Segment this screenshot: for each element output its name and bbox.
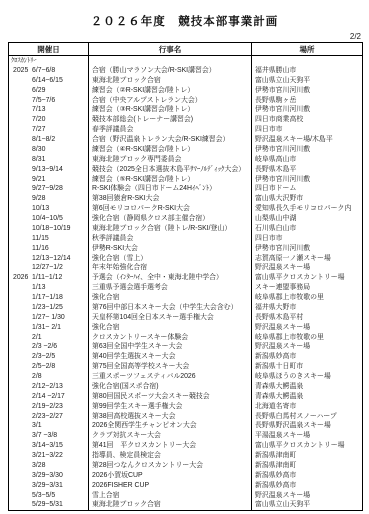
date-cell: 1/27~ 1/30 [9, 313, 89, 323]
event-cell: 天皇杯第104回全日本スキー選手権大会 [89, 313, 252, 323]
date-label: 11/15 [32, 235, 49, 242]
event-cell: 第6回モリコロパークR-SKI大会 [89, 204, 252, 214]
date-cell: 9/21 [9, 175, 89, 185]
table-row: 2/8三重スポーツフェスティバル2026岐阜県ほうのきスキー場 [9, 372, 363, 382]
date-cell: 2/19~2/23 [9, 402, 89, 412]
location-cell: 伊勢市宮川河川敷 [252, 145, 363, 155]
location-cell: 新潟県十日町市 [252, 362, 363, 372]
date-cell: 1/31~ 2/1 [9, 323, 89, 333]
location-cell: 四日市ドーム [252, 184, 363, 194]
event-cell: 第76回中部日本スキー大会（中学生大会含む） [89, 303, 252, 313]
event-cell: 競技本部総会(トレーナー講習会) [89, 115, 252, 125]
event-cell: 年末年始強化合宿 [89, 263, 252, 273]
table-row: 3/21~3/22指導員、検定員検定会新潟県津南町 [9, 451, 363, 461]
header-date: 開催日 [9, 43, 89, 56]
date-label: 3/29~3/31 [32, 482, 63, 489]
location-cell: 富山県立山天狗平 [252, 76, 363, 86]
event-cell: 強化合宿（雪上） [89, 254, 252, 264]
table-row: 2/23~2/27第38回高校選抜スキー大会長野県白馬村スノーハープ [9, 412, 363, 422]
date-cell: 7/13 [9, 105, 89, 115]
date-cell: 2/14 ~2/17 [9, 392, 89, 402]
event-cell: 練習会（⑤R-SKI講習会/陸トレ） [89, 175, 252, 185]
location-cell: 長野県野沢温泉スキー場 [252, 421, 363, 431]
location-cell: 伊勢市宮川河川敷 [252, 86, 363, 96]
location-cell: 新潟県妙高市 [252, 352, 363, 362]
year-label: 2025 [13, 66, 32, 76]
year-label: 2026 [13, 273, 32, 283]
location-cell: 青森県大鰐温泉 [252, 382, 363, 392]
date-cell: 3/29~3/31 [9, 481, 89, 491]
date-cell: 10/13 [9, 204, 89, 214]
document-page: ２０２６年度 競技本部事業計画 2/2 開催日 行事名 場所 ｸﾛｽｶﾝﾄﾘｰ2… [0, 0, 369, 511]
group-empty-cell [89, 56, 252, 66]
location-cell: 岐阜県郡上市牧歌の里 [252, 333, 363, 343]
event-cell: 競技会（2025全日本選抜木島平ｻﾏｰﾉﾙﾃﾞｨｯｸ大会） [89, 165, 252, 175]
date-label: 7/20 [32, 116, 45, 123]
event-cell: 秋季評議員会 [89, 234, 252, 244]
location-cell: 四日市商業高校 [252, 115, 363, 125]
date-cell: 2/12~2/13 [9, 382, 89, 392]
event-cell: 三重県予選会選手選考会 [89, 283, 252, 293]
event-cell: 強化合宿（静岡県クロス部主催合宿） [89, 214, 252, 224]
date-label: 5/29~5/31 [32, 501, 63, 508]
date-label: 7/5~7/6 [32, 97, 55, 104]
date-label: 10/18~10/19 [32, 225, 71, 232]
group-label-row: ｸﾛｽｶﾝﾄﾘｰ [9, 56, 363, 66]
location-cell: 新潟県妙高市 [252, 481, 363, 491]
date-cell: 10/4~10/5 [9, 214, 89, 224]
date-label: 2/12~2/13 [32, 383, 63, 390]
location-cell: 石川県白山市 [252, 224, 363, 234]
location-cell: 山梨県山中湖 [252, 214, 363, 224]
location-cell: スキー連盟事務局 [252, 283, 363, 293]
date-label: 10/13 [32, 205, 49, 212]
table-row: 3/14~3/15第41回 平クロスカントリー大会富山県平クロスカントリー場 [9, 441, 363, 451]
event-cell: 強化合宿 [89, 323, 252, 333]
event-cell: 三重スポーツフェスティバル2026 [89, 372, 252, 382]
location-cell: 野沢温泉スキー場 [252, 323, 363, 333]
table-row: 8/1~8/2合宿（野沢温泉トレラン大会/R-SKI練習会）野沢温泉スキー場/木… [9, 135, 363, 145]
date-cell: 7/27 [9, 125, 89, 135]
date-cell: 1/17~1/18 [9, 293, 89, 303]
event-cell: 強化合宿(国スポ合宿) [89, 382, 252, 392]
table-row: 1/17~1/18強化合宿岐阜県郡上市牧歌の里 [9, 293, 363, 303]
date-cell: 2/23~2/27 [9, 412, 89, 422]
header-row: 開催日 行事名 場所 [9, 43, 363, 56]
date-cell: 2/5~2/8 [9, 362, 89, 372]
event-cell: 伊勢R-SKI大会 [89, 244, 252, 254]
date-label: 10/4~10/5 [32, 215, 63, 222]
date-cell: 11/16 [9, 244, 89, 254]
table-row: 2/3 ~2/6第63回全国中学生スキー大会野沢温泉スキー場 [9, 342, 363, 352]
table-row: 1/23~1/25第76回中部日本スキー大会（中学生大会含む）福井県大野市 [9, 303, 363, 313]
table-row: 7/13練習会（③R-SKI講習会/陸トレ）伊勢市宮川河川敷 [9, 105, 363, 115]
date-label: 9/28 [32, 195, 45, 202]
date-label: 12/27~1/2 [32, 264, 63, 271]
date-label: 3/1 [32, 422, 42, 429]
date-label: 8/1~8/2 [32, 136, 55, 143]
location-cell: 新潟県妙高市 [252, 471, 363, 481]
date-cell: 9/13~9/14 [9, 165, 89, 175]
event-cell: 練習会（④R-SKI講習会/陸トレ） [89, 145, 252, 155]
table-row: 9/13~9/14競技会（2025全日本選抜木島平ｻﾏｰﾉﾙﾃﾞｨｯｸ大会）長野… [9, 165, 363, 175]
date-label: 5/3~5/5 [32, 492, 55, 499]
location-cell: 北海道名寄市 [252, 402, 363, 412]
date-label: 2/3~2/5 [32, 353, 55, 360]
table-row: 10/4~10/5強化合宿（静岡県クロス部主催合宿）山梨県山中湖 [9, 214, 363, 224]
date-label: 1/13 [32, 284, 45, 291]
page-number: 2/2 [0, 32, 369, 41]
date-cell: 5/3~5/5 [9, 491, 89, 501]
location-cell: 野沢温泉スキー場/木島平 [252, 135, 363, 145]
table-row: 2/5~2/8第75回全国高等学校スキー大会新潟県十日町市 [9, 362, 363, 372]
date-label: 2/5~2/8 [32, 363, 55, 370]
location-cell: 岐阜県郡上市牧歌の里 [252, 293, 363, 303]
location-cell: 伊勢市宮川河川敷 [252, 105, 363, 115]
table-row: 9/28第38回猿倉R-SKI大会富山県大沢野市 [9, 194, 363, 204]
date-label: 6/29 [32, 87, 45, 94]
table-row: 20261/11~1/12予選会（ｲﾝﾀｰﾊｲ、全中・東海北陸中学合）富山県平ク… [9, 273, 363, 283]
date-label: 7/13 [32, 106, 45, 113]
location-cell: 富山県平クロスカントリー場 [252, 273, 363, 283]
table-row: 1/31~ 2/1強化合宿野沢温泉スキー場 [9, 323, 363, 333]
table-row: 8/31東海北陸ブロック専門委員会岐阜県高山市 [9, 155, 363, 165]
location-cell: 平湯温泉スキー場 [252, 431, 363, 441]
table-row: 7/27春季評議員会四日市市 [9, 125, 363, 135]
date-cell: 20261/11~1/12 [9, 273, 89, 283]
location-cell: 福井県大野市 [252, 303, 363, 313]
location-cell: 伊勢市宮川河川敷 [252, 175, 363, 185]
date-cell: 20256/7~6/8 [9, 66, 89, 76]
date-label: 1/27~ 1/30 [32, 314, 65, 321]
date-label: 2/19~2/23 [32, 403, 63, 410]
schedule-table: 開催日 行事名 場所 ｸﾛｽｶﾝﾄﾘｰ20256/7~6/8合宿（勝山マラソン大… [8, 42, 363, 511]
date-label: 3/28 [32, 462, 45, 469]
table-row: 5/3~5/5雪上合宿野沢温泉スキー場 [9, 491, 363, 501]
date-label: 9/27~9/28 [32, 185, 63, 192]
table-row: 20256/7~6/8合宿（勝山マラソン大会/R-SKI講習会）福井県勝山市 [9, 66, 363, 76]
date-label: 3/7 ~3/8 [32, 432, 57, 439]
event-cell: 練習会（③R-SKI講習会/陸トレ） [89, 105, 252, 115]
event-cell: 東海北陸ブロック合宿 [89, 76, 252, 86]
table-row: 2/14 ~2/17第80回国民スポーツ大会スキー競技会青森県大鰐温泉 [9, 392, 363, 402]
table-row: 7/20競技本部総会(トレーナー講習会)四日市商業高校 [9, 115, 363, 125]
location-cell: 青森県大鰐温泉 [252, 392, 363, 402]
page-title: ２０２６年度 競技本部事業計画 [0, 0, 369, 29]
table-row: 3/7 ~3/8クラブ対抗スキー大会平湯温泉スキー場 [9, 431, 363, 441]
date-cell: 10/18~10/19 [9, 224, 89, 234]
date-cell: 5/29~5/31 [9, 500, 89, 510]
table-row: 2/12~2/13強化合宿(国スポ合宿)青森県大鰐温泉 [9, 382, 363, 392]
table-row: 11/16伊勢R-SKI大会伊勢市宮川河川敷 [9, 244, 363, 254]
date-cell: 7/5~7/6 [9, 96, 89, 106]
table-row: 8/30練習会（④R-SKI講習会/陸トレ）伊勢市宮川河川敷 [9, 145, 363, 155]
location-cell: 富山県平クロスカントリー場 [252, 441, 363, 451]
date-label: 1/23~1/25 [32, 304, 63, 311]
location-cell: 岐阜県ほうのきスキー場 [252, 372, 363, 382]
event-cell: 指導員、検定員検定会 [89, 451, 252, 461]
location-cell: 野沢温泉スキー場 [252, 263, 363, 273]
date-cell: 12/27~1/2 [9, 263, 89, 273]
location-cell: 福井県勝山市 [252, 66, 363, 76]
date-label: 1/31~ 2/1 [32, 324, 61, 331]
table-row: 3/29~3/312026FISHER CUP新潟県妙高市 [9, 481, 363, 491]
table-row: 9/27~9/28R-SKI体験会（四日市ドーム24Hｲﾍﾞﾝﾄ）四日市ドーム [9, 184, 363, 194]
date-cell: 3/21~3/22 [9, 451, 89, 461]
event-cell: 第80回国民スポーツ大会スキー競技会 [89, 392, 252, 402]
table-row: 6/29練習会（②R-SKI講習会/陸トレ）伊勢市宮川河川敷 [9, 86, 363, 96]
location-cell: 愛知県長久手モリコロパーク内 [252, 204, 363, 214]
event-cell: 2026FISHER CUP [89, 481, 252, 491]
event-cell: R-SKI体験会（四日市ドーム24Hｲﾍﾞﾝﾄ） [89, 184, 252, 194]
date-label: 1/11~1/12 [32, 274, 62, 281]
location-cell: 野沢温泉スキー場 [252, 491, 363, 501]
event-cell: 2026全関西学生チャンピオン大会 [89, 421, 252, 431]
event-cell: 練習会（②R-SKI講習会/陸トレ） [89, 86, 252, 96]
date-label: 12/13~12/14 [32, 255, 71, 262]
event-cell: 雪上合宿 [89, 491, 252, 501]
date-label: 8/31 [32, 156, 45, 163]
date-label: 9/21 [32, 176, 45, 183]
event-cell: 第40回学生選抜スキー大会 [89, 352, 252, 362]
table-row: 10/13第6回モリコロパークR-SKI大会愛知県長久手モリコロパーク内 [9, 204, 363, 214]
date-cell: 8/31 [9, 155, 89, 165]
date-label: 6/7~6/8 [32, 67, 55, 74]
event-cell: 合宿（中央アルプストレラン大会） [89, 96, 252, 106]
table-row: 2/3~2/5第40回学生選抜スキー大会新潟県妙高市 [9, 352, 363, 362]
date-label: 9/13~9/14 [32, 166, 63, 173]
location-cell: 四日市市 [252, 234, 363, 244]
date-label: 3/21~3/22 [32, 452, 63, 459]
event-cell: 春季評議員会 [89, 125, 252, 135]
group-label-cell: ｸﾛｽｶﾝﾄﾘｰ [9, 56, 89, 66]
date-cell: 9/28 [9, 194, 89, 204]
table-row: 12/27~1/2年末年始強化合宿野沢温泉スキー場 [9, 263, 363, 273]
table-body: ｸﾛｽｶﾝﾄﾘｰ20256/7~6/8合宿（勝山マラソン大会/R-SKI講習会）… [9, 56, 363, 511]
group-label: ｸﾛｽｶﾝﾄﾘｰ [11, 57, 37, 64]
date-cell: 9/27~9/28 [9, 184, 89, 194]
date-cell: 11/15 [9, 234, 89, 244]
table-row: 1/13三重県予選会選手選考会スキー連盟事務局 [9, 283, 363, 293]
date-cell: 6/14~6/15 [9, 76, 89, 86]
date-cell: 6/29 [9, 86, 89, 96]
event-cell: 予選会（ｲﾝﾀｰﾊｲ、全中・東海北陸中学合） [89, 273, 252, 283]
date-cell: 3/1 [9, 421, 89, 431]
table-row: 11/15秋季評議員会四日市市 [9, 234, 363, 244]
event-cell: 第99回学生スキー選手権大会 [89, 402, 252, 412]
location-cell: 志賀高原一ノ瀬スキー場 [252, 254, 363, 264]
table-row: 2/19~2/23第99回学生スキー選手権大会北海道名寄市 [9, 402, 363, 412]
date-label: 2/1 [32, 334, 42, 341]
date-cell: 2/3 ~2/6 [9, 342, 89, 352]
location-cell: 野沢温泉スキー場 [252, 342, 363, 352]
header-location: 場所 [252, 43, 363, 56]
table-row: 12/13~12/14強化合宿（雪上）志賀高原一ノ瀬スキー場 [9, 254, 363, 264]
date-label: 2/8 [32, 373, 42, 380]
date-cell: 1/13 [9, 283, 89, 293]
event-cell: 2026小賀坂CUP [89, 471, 252, 481]
location-cell: 長野県白馬村スノーハープ [252, 412, 363, 422]
table-row: 6/14~6/15東海北陸ブロック合宿富山県立山天狗平 [9, 76, 363, 86]
event-cell: 第28回つなんクロスカントリー大会 [89, 461, 252, 471]
table-row: 3/28第28回つなんクロスカントリー大会新潟県津南町 [9, 461, 363, 471]
date-cell: 1/23~1/25 [9, 303, 89, 313]
table-row: 7/5~7/6合宿（中央アルプストレラン大会）長野県駒ヶ岳 [9, 96, 363, 106]
event-cell: 第41回 平クロスカントリー大会 [89, 441, 252, 451]
table-row: 10/18~10/19東海北陸ブロック合宿（陸トレ/R-SKI/登山）石川県白山… [9, 224, 363, 234]
table-row: 3/12026全関西学生チャンピオン大会長野県野沢温泉スキー場 [9, 421, 363, 431]
location-cell: 伊勢市宮川河川敷 [252, 244, 363, 254]
location-cell: 新潟県津南町 [252, 451, 363, 461]
date-cell: 3/7 ~3/8 [9, 431, 89, 441]
date-cell: 7/20 [9, 115, 89, 125]
date-label: 7/27 [32, 126, 45, 133]
date-label: 2/23~2/27 [32, 413, 63, 420]
date-cell: 2/1 [9, 333, 89, 343]
event-cell: 東海北陸ブロック合宿 [89, 500, 252, 510]
table-row: 9/21練習会（⑤R-SKI講習会/陸トレ）伊勢市宮川河川敷 [9, 175, 363, 185]
event-cell: 東海北陸ブロック専門委員会 [89, 155, 252, 165]
event-cell: 第63回全国中学生スキー大会 [89, 342, 252, 352]
location-cell: 富山県大沢野市 [252, 194, 363, 204]
date-cell: 3/28 [9, 461, 89, 471]
table-row: 5/29~5/31東海北陸ブロック合宿富山県立山天狗平 [9, 500, 363, 510]
event-cell: 第75回全国高等学校スキー大会 [89, 362, 252, 372]
header-event: 行事名 [89, 43, 252, 56]
date-cell: 8/1~8/2 [9, 135, 89, 145]
date-label: 6/14~6/15 [32, 77, 63, 84]
event-cell: クラブ対抗スキー大会 [89, 431, 252, 441]
location-cell: 新潟県津南町 [252, 461, 363, 471]
table-row: 3/29~3/302026小賀坂CUP新潟県妙高市 [9, 471, 363, 481]
event-cell: 合宿（勝山マラソン大会/R-SKI講習会） [89, 66, 252, 76]
event-cell: クロスカントリースキー体験会 [89, 333, 252, 343]
table-row: 2/1クロスカントリースキー体験会岐阜県郡上市牧歌の里 [9, 333, 363, 343]
group-empty-cell [252, 56, 363, 66]
date-label: 3/14~3/15 [32, 442, 63, 449]
date-label: 8/30 [32, 146, 45, 153]
date-cell: 3/29~3/30 [9, 471, 89, 481]
date-label: 3/29~3/30 [32, 472, 63, 479]
table-header: 開催日 行事名 場所 [9, 43, 363, 56]
date-cell: 3/14~3/15 [9, 441, 89, 451]
location-cell: 長野県木島平 [252, 165, 363, 175]
location-cell: 岐阜県高山市 [252, 155, 363, 165]
event-cell: 第38回猿倉R-SKI大会 [89, 194, 252, 204]
event-cell: 第38回高校選抜スキー大会 [89, 412, 252, 422]
event-cell: 合宿（野沢温泉トレラン大会/R-SKI練習会） [89, 135, 252, 145]
date-label: 1/17~1/18 [32, 294, 63, 301]
date-cell: 12/13~12/14 [9, 254, 89, 264]
date-label: 2/3 ~2/6 [32, 343, 57, 350]
event-cell: 強化合宿 [89, 293, 252, 303]
date-label: 11/16 [32, 245, 49, 252]
date-cell: 8/30 [9, 145, 89, 155]
date-cell: 2/8 [9, 372, 89, 382]
date-cell: 2/3~2/5 [9, 352, 89, 362]
event-cell: 東海北陸ブロック合宿（陸トレ/R-SKI/登山） [89, 224, 252, 234]
date-label: 2/14 ~2/17 [32, 393, 65, 400]
location-cell: 長野県木島平村 [252, 313, 363, 323]
location-cell: 長野県駒ヶ岳 [252, 96, 363, 106]
location-cell: 富山県立山天狗平 [252, 500, 363, 510]
location-cell: 四日市市 [252, 125, 363, 135]
table-row: 1/27~ 1/30天皇杯第104回全日本スキー選手権大会長野県木島平村 [9, 313, 363, 323]
